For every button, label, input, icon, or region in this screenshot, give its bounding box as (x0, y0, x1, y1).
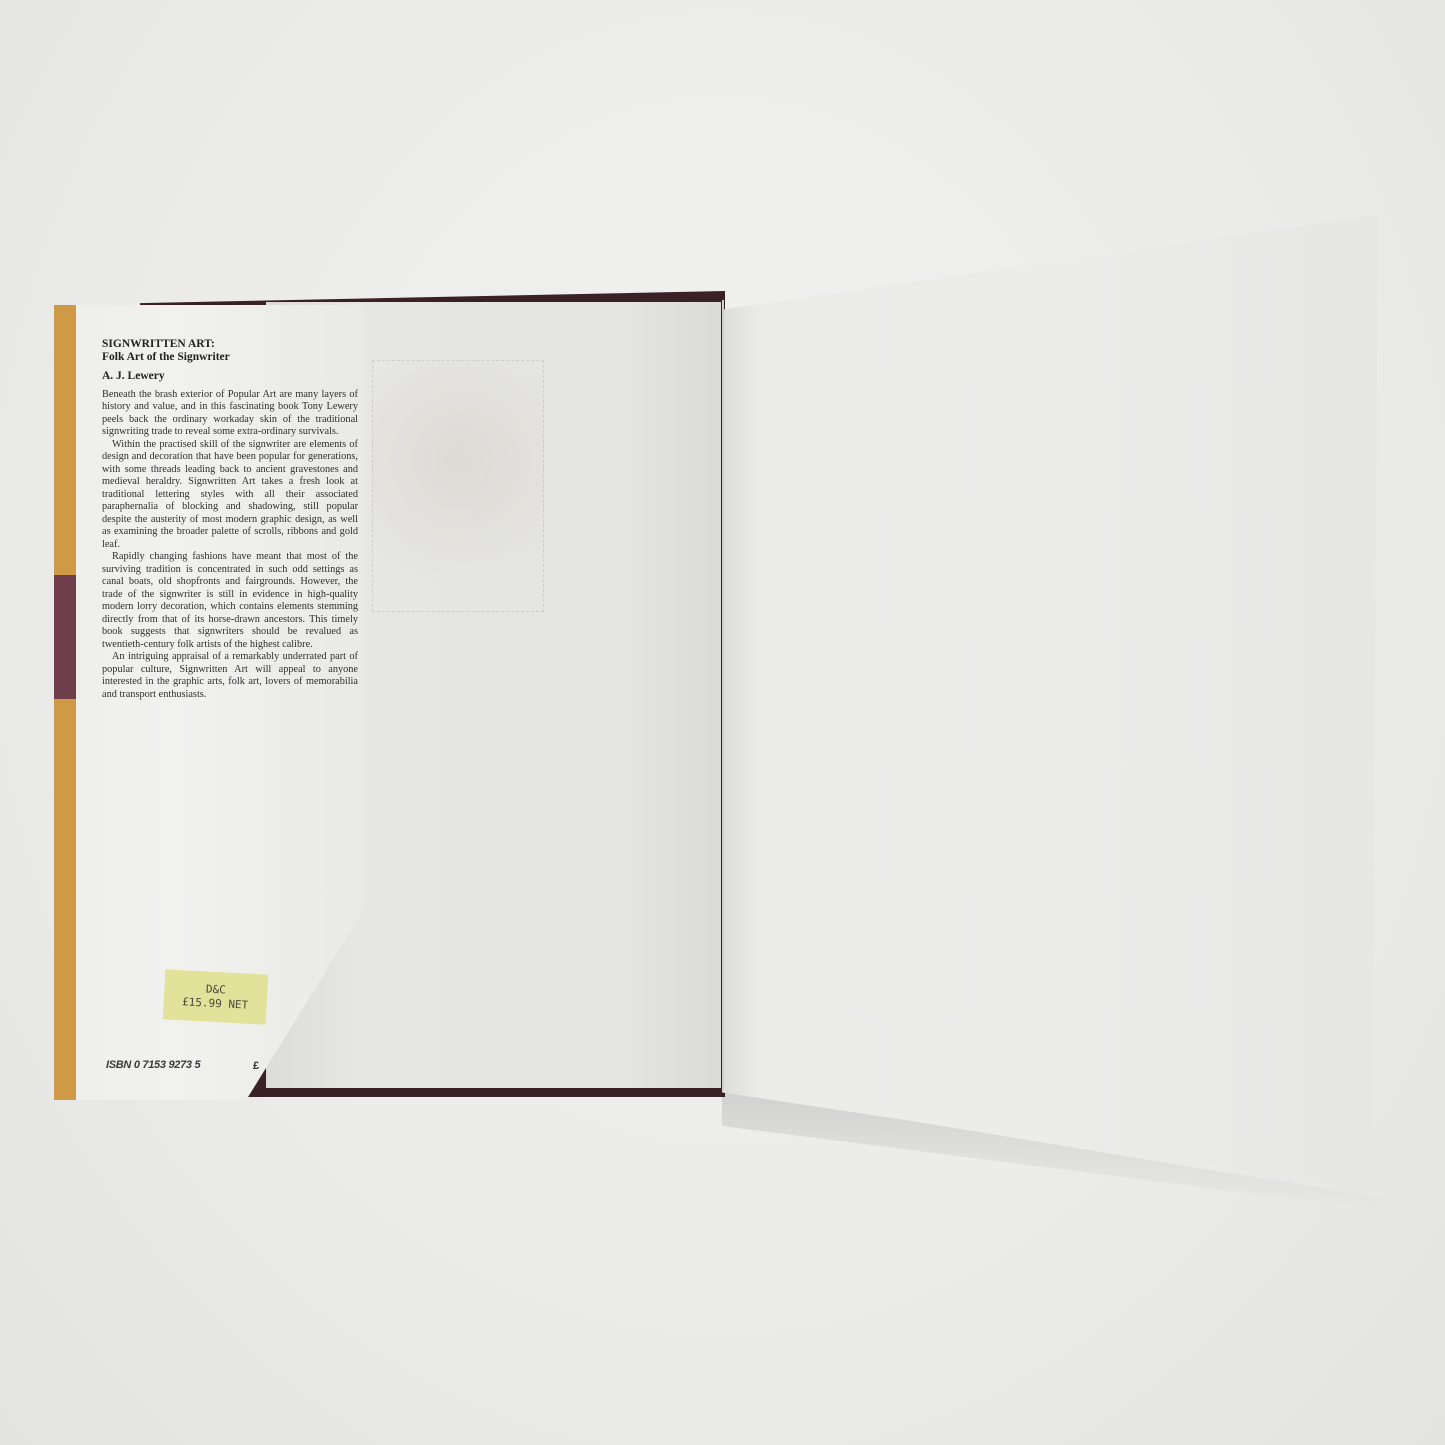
blurb-paragraph: Beneath the brash exterior of Popular Ar… (102, 389, 358, 439)
isbn-number: ISBN 0 7153 9273 5 (106, 1059, 200, 1071)
book-subtitle: Folk Art of the Signwriter (102, 351, 358, 364)
sticker-publisher: D&C (206, 982, 227, 997)
book-gutter (722, 300, 724, 1090)
blurb-paragraph: Within the practised skill of the signwr… (102, 439, 358, 552)
jacket-spine-band (54, 575, 76, 699)
book-title: SIGNWRITTEN ART: (102, 338, 358, 351)
book-author: A. J. Lewery (102, 370, 358, 383)
blurb-paragraph: An intriguing appraisal of a remarkably … (102, 651, 358, 701)
flap-blurb: SIGNWRITTEN ART: Folk Art of the Signwri… (102, 338, 358, 701)
blurb-paragraph: Rapidly changing fashions have meant tha… (102, 551, 358, 651)
cropped-price-text: £ (253, 1060, 259, 1072)
price-sticker: D&C £15.99 NET (163, 969, 268, 1024)
jacket-spine-strip (54, 305, 76, 1100)
endpaper-stain (372, 360, 544, 612)
blank-first-page (722, 215, 1378, 1190)
sticker-price: £15.99 NET (182, 995, 249, 1012)
